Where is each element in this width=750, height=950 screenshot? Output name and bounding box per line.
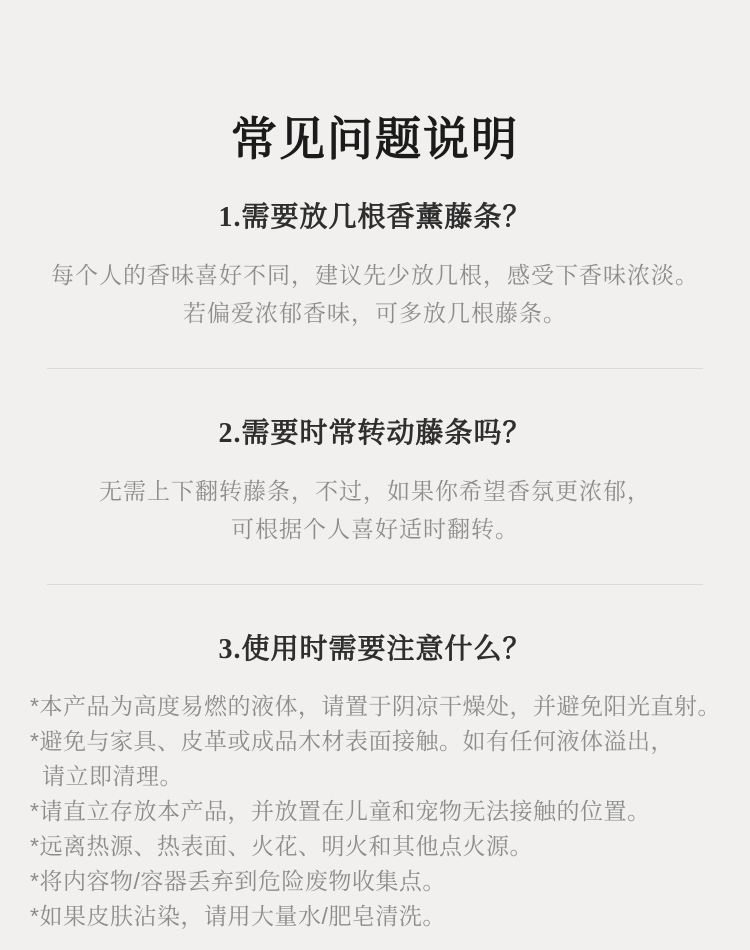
note-line: *本产品为高度易燃的液体，请置于阴凉干燥处，并避免阳光直射。 — [30, 689, 722, 724]
answer-line: 可根据个人喜好适时翻转。 — [0, 510, 750, 548]
faq-section-1: 1.需要放几根香薰藤条？ 每个人的香味喜好不同，建议先少放几根，感受下香味浓淡。… — [0, 203, 750, 332]
answer-line: 无需上下翻转藤条，不过，如果你希望香氛更浓郁， — [0, 472, 750, 510]
note-line-continuation: 请立即清理。 — [30, 759, 722, 794]
faq-answer-2: 无需上下翻转藤条，不过，如果你希望香氛更浓郁， 可根据个人喜好适时翻转。 — [0, 472, 750, 548]
answer-line: 若偏爱浓郁香味，可多放几根藤条。 — [0, 294, 750, 332]
note-line: *将内容物/容器丢弃到危险废物收集点。 — [30, 864, 722, 899]
faq-question-1: 1.需要放几根香薰藤条？ — [0, 203, 750, 233]
faq-notes-list: *本产品为高度易燃的液体，请置于阴凉干燥处，并避免阳光直射。 *避免与家具、皮革… — [0, 689, 750, 934]
page-title: 常见问题说明 — [0, 31, 750, 165]
section-divider — [47, 584, 703, 585]
faq-answer-1: 每个人的香味喜好不同，建议先少放几根，感受下香味浓淡。 若偏爱浓郁香味，可多放几… — [0, 256, 750, 332]
answer-line: 每个人的香味喜好不同，建议先少放几根，感受下香味浓淡。 — [0, 256, 750, 294]
faq-question-2: 2.需要时常转动藤条吗？ — [0, 419, 750, 449]
note-line: *如果皮肤沾染，请用大量水/肥皂清洗。 — [30, 899, 722, 934]
section-divider — [47, 368, 703, 369]
faq-section-3: 3.使用时需要注意什么？ *本产品为高度易燃的液体，请置于阴凉干燥处，并避免阳光… — [0, 635, 750, 933]
faq-section-2: 2.需要时常转动藤条吗？ 无需上下翻转藤条，不过，如果你希望香氛更浓郁， 可根据… — [0, 419, 750, 548]
faq-page: 常见问题说明 1.需要放几根香薰藤条？ 每个人的香味喜好不同，建议先少放几根，感… — [0, 0, 750, 950]
note-line: *避免与家具、皮革或成品木材表面接触。如有任何液体溢出， — [30, 724, 722, 759]
faq-question-3: 3.使用时需要注意什么？ — [0, 635, 750, 665]
note-line: *远离热源、热表面、火花、明火和其他点火源。 — [30, 829, 722, 864]
note-line: *请直立存放本产品，并放置在儿童和宠物无法接触的位置。 — [30, 794, 722, 829]
